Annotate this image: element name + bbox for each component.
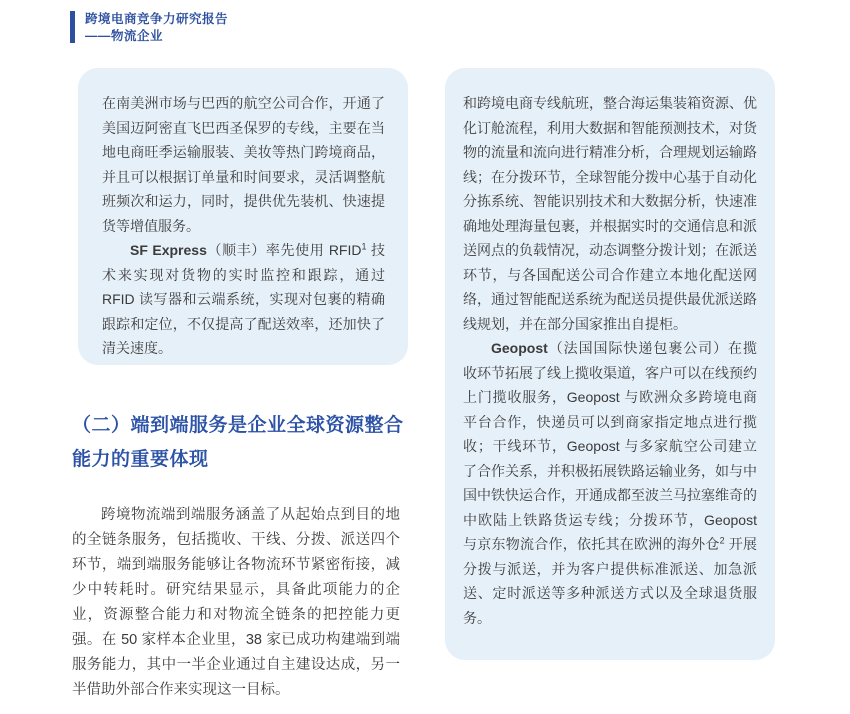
section-body-paragraph: 跨境物流端到端服务涵盖了从起始点到目的地的全链条服务，包括揽收、干线、分拨、派送… [72, 503, 400, 703]
right-highlight-box: 和跨境电商专线航班，整合海运集装箱资源、优化订舱流程，利用大数据和智能预测技术，… [445, 68, 775, 660]
header-title-line2: ——物流企业 [85, 28, 228, 45]
left-box-paragraph-2: SF Express（顺丰）率先使用 RFID1 技术来实现对货物的实时监控和跟… [102, 238, 385, 361]
header-accent-bar [70, 11, 75, 43]
left-box-paragraph-2-end: 技术来实现对货物的实时监控和跟踪，通过 RFID 读写器和云端系统，实现对包裹的… [102, 242, 385, 356]
right-box-paragraph-2-mid: （法国国际快递包裹公司）在揽收环节拓展了线上揽收渠道，客户可以在线预约上门揽收服… [463, 340, 757, 552]
left-box-paragraph-1: 在南美洲市场与巴西的航空公司合作，开通了美国迈阿密直飞巴西圣保罗的专线，主要在当… [102, 91, 385, 238]
sf-express-bold-label: SF Express [130, 242, 207, 258]
header-title-line1: 跨境电商竞争力研究报告 [85, 11, 228, 28]
right-box-paragraph-1: 和跨境电商专线航班，整合海运集装箱资源、优化订舱流程，利用大数据和智能预测技术，… [463, 91, 757, 336]
left-highlight-box: 在南美洲市场与巴西的航空公司合作，开通了美国迈阿密直飞巴西圣保罗的专线，主要在当… [78, 68, 408, 365]
report-page: 跨境电商竞争力研究报告 ——物流企业 在南美洲市场与巴西的航空公司合作，开通了美… [0, 0, 850, 714]
section-heading: （二）端到端服务是企业全球资源整合能力的重要体现 [72, 409, 417, 477]
page-header: 跨境电商竞争力研究报告 ——物流企业 [70, 11, 228, 45]
right-box-paragraph-2: Geopost（法国国际快递包裹公司）在揽收环节拓展了线上揽收渠道，客户可以在线… [463, 336, 757, 630]
geopost-bold-label: Geopost [491, 340, 548, 356]
header-title: 跨境电商竞争力研究报告 ——物流企业 [85, 11, 228, 45]
left-box-paragraph-2-mid: （顺丰）率先使用 RFID [207, 242, 362, 258]
